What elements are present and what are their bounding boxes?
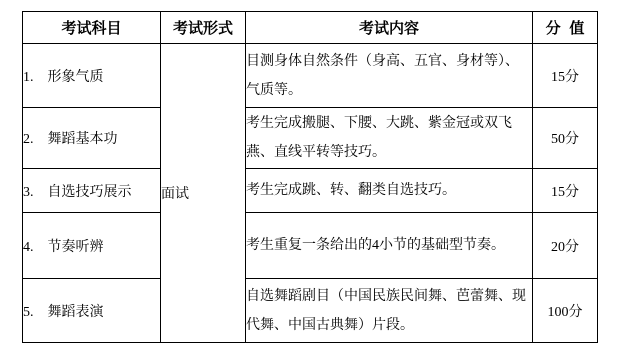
exam-form-cell: 面试 xyxy=(161,44,246,343)
content-cell: 自选舞蹈剧目（中国民族民间舞、芭蕾舞、现代舞、中国古典舞）片段。 xyxy=(246,279,533,343)
content-cell: 考生完成跳、转、翻类自选技巧。 xyxy=(246,169,533,213)
subject-cell: 1. 形象气质 xyxy=(23,44,161,108)
header-exam-form: 考试形式 xyxy=(161,12,246,44)
table-header-row: 考试科目 考试形式 考试内容 分 值 xyxy=(23,12,598,44)
content-cell: 考生重复一条给出的4小节的基础型节奏。 xyxy=(246,213,533,279)
document-page: 考试科目 考试形式 考试内容 分 值 1. 形象气质 面试 目测身体自然条件（身… xyxy=(0,0,639,360)
table-row: 3. 自选技巧展示 考生完成跳、转、翻类自选技巧。 15分 xyxy=(23,169,598,213)
subject-cell: 5. 舞蹈表演 xyxy=(23,279,161,343)
table-row: 5. 舞蹈表演 自选舞蹈剧目（中国民族民间舞、芭蕾舞、现代舞、中国古典舞）片段。… xyxy=(23,279,598,343)
score-cell: 50分 xyxy=(533,108,598,169)
content-cell: 目测身体自然条件（身高、五官、身材等）、气质等。 xyxy=(246,44,533,108)
table-row: 1. 形象气质 面试 目测身体自然条件（身高、五官、身材等）、气质等。 15分 xyxy=(23,44,598,108)
table-row: 4. 节奏听辨 考生重复一条给出的4小节的基础型节奏。 20分 xyxy=(23,213,598,279)
header-exam-subject: 考试科目 xyxy=(23,12,161,44)
subject-cell: 4. 节奏听辨 xyxy=(23,213,161,279)
table-row: 2. 舞蹈基本功 考生完成搬腿、下腰、大跳、紫金冠或双飞燕、直线平转等技巧。 5… xyxy=(23,108,598,169)
content-cell: 考生完成搬腿、下腰、大跳、紫金冠或双飞燕、直线平转等技巧。 xyxy=(246,108,533,169)
score-cell: 20分 xyxy=(533,213,598,279)
subject-cell: 2. 舞蹈基本功 xyxy=(23,108,161,169)
subject-cell: 3. 自选技巧展示 xyxy=(23,169,161,213)
score-cell: 100分 xyxy=(533,279,598,343)
score-cell: 15分 xyxy=(533,44,598,108)
score-cell: 15分 xyxy=(533,169,598,213)
header-exam-content: 考试内容 xyxy=(246,12,533,44)
exam-subjects-table: 考试科目 考试形式 考试内容 分 值 1. 形象气质 面试 目测身体自然条件（身… xyxy=(22,11,598,343)
header-score: 分 值 xyxy=(533,12,598,44)
